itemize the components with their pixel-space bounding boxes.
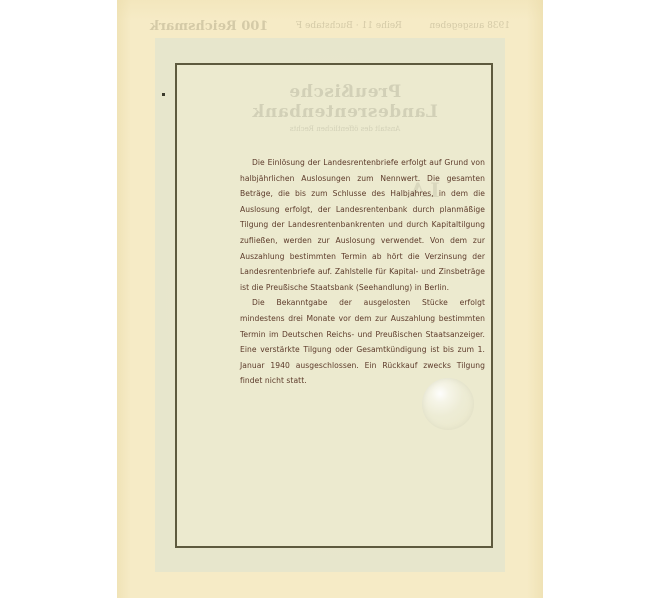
show-through-header-right: 100 Reichsmark — [150, 19, 268, 34]
paragraph-redemption: Die Einlösung der Landesrentenbriefe erf… — [240, 155, 485, 295]
show-through-title-block: Preußische Landesrentenbank Anstalt des … — [215, 82, 475, 133]
show-through-header-middle: Reihe 11 · Buchstabe F — [296, 21, 402, 31]
show-through-subtitle: Anstalt des öffentlichen Rechts — [215, 125, 475, 133]
show-through-header: 1938 ausgegeben Reihe 11 · Buchstabe F 1… — [150, 18, 510, 34]
paragraph-announcement: Die Bekanntgabe der ausgelosten Stücke e… — [240, 295, 485, 389]
embossed-seal-icon — [422, 378, 474, 430]
redemption-terms-text: Die Einlösung der Landesrentenbriefe erf… — [240, 155, 485, 389]
punch-dot-mark — [162, 93, 165, 96]
show-through-title: Preußische Landesrentenbank — [215, 82, 475, 122]
show-through-header-left: 1938 ausgegeben — [429, 21, 510, 31]
